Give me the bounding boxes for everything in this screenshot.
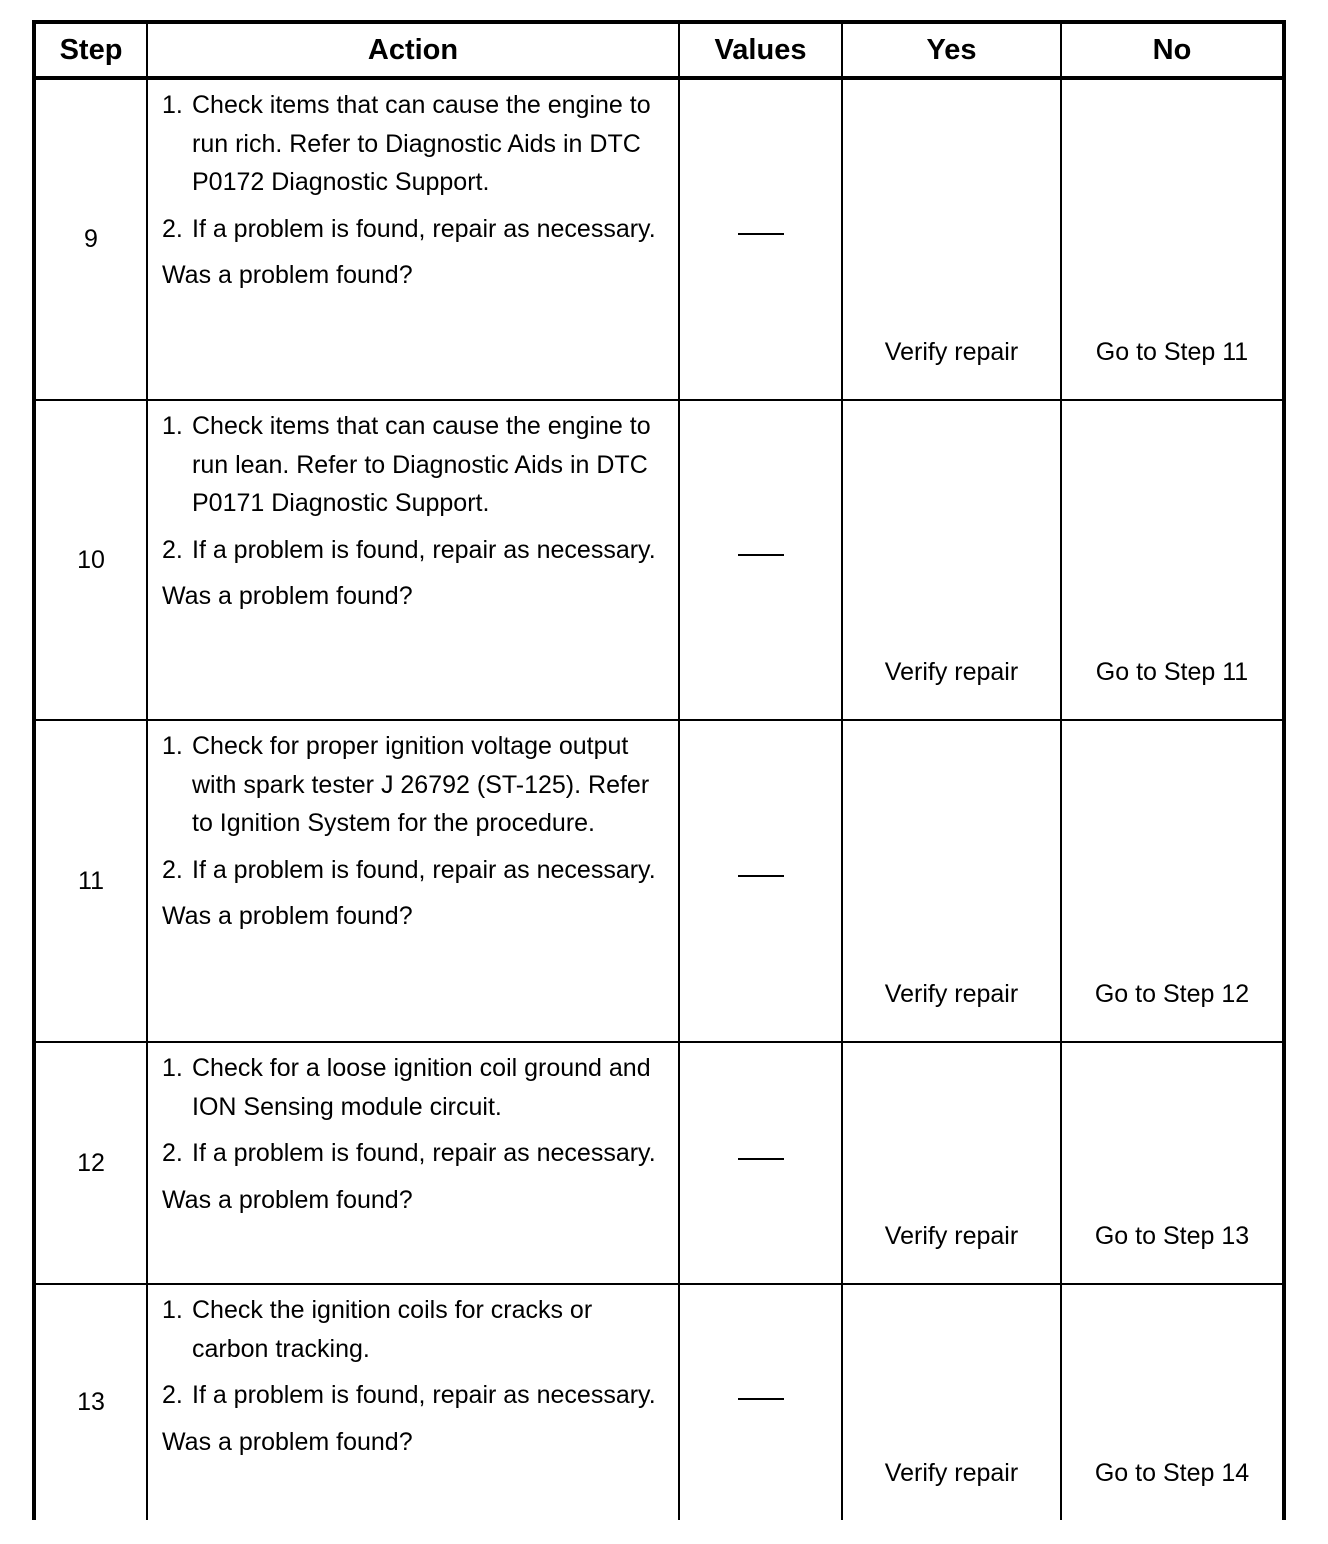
table-row: 13 1.Check the ignition coils for cracks… <box>34 1284 1284 1520</box>
values-cell <box>679 400 842 720</box>
values-cell <box>679 720 842 1042</box>
no-value-dash <box>738 554 784 556</box>
no-value-dash <box>738 233 784 235</box>
yes-cell: Verify repair <box>842 1284 1061 1520</box>
yes-cell: Verify repair <box>842 78 1061 400</box>
action-cell: 1.Check for a loose ignition coil ground… <box>147 1042 679 1284</box>
table-row: 12 1.Check for a loose ignition coil gro… <box>34 1042 1284 1284</box>
action-cell: 1.Check items that can cause the engine … <box>147 78 679 400</box>
action-question: Was a problem found? <box>162 1423 668 1462</box>
no-value-dash <box>738 1158 784 1160</box>
yes-cell: Verify repair <box>842 720 1061 1042</box>
action-item: 2.If a problem is found, repair as neces… <box>162 1134 668 1173</box>
yes-cell: Verify repair <box>842 1042 1061 1284</box>
action-cell: 1.Check the ignition coils for cracks or… <box>147 1284 679 1520</box>
no-value-dash <box>738 875 784 877</box>
values-cell <box>679 78 842 400</box>
diagnostic-table: Step Action Values Yes No 9 1.Check item… <box>32 20 1286 1520</box>
step-number: 13 <box>34 1284 147 1520</box>
no-value-dash <box>738 1398 784 1400</box>
action-cell: 1.Check items that can cause the engine … <box>147 400 679 720</box>
table-row: 10 1.Check items that can cause the engi… <box>34 400 1284 720</box>
action-item: 1.Check items that can cause the engine … <box>162 86 668 202</box>
step-number: 9 <box>34 78 147 400</box>
action-item: 2.If a problem is found, repair as neces… <box>162 531 668 570</box>
action-item: 1.Check for a loose ignition coil ground… <box>162 1049 668 1126</box>
action-item: 2.If a problem is found, repair as neces… <box>162 1376 668 1415</box>
header-yes: Yes <box>842 22 1061 78</box>
action-question: Was a problem found? <box>162 256 668 295</box>
step-number: 11 <box>34 720 147 1042</box>
step-number: 10 <box>34 400 147 720</box>
header-action: Action <box>147 22 679 78</box>
step-number: 12 <box>34 1042 147 1284</box>
action-question: Was a problem found? <box>162 1181 668 1220</box>
table-row: 11 1.Check for proper ignition voltage o… <box>34 720 1284 1042</box>
action-question: Was a problem found? <box>162 897 668 936</box>
values-cell <box>679 1042 842 1284</box>
header-values: Values <box>679 22 842 78</box>
no-cell: Go to Step 12 <box>1061 720 1284 1042</box>
table-row: 9 1.Check items that can cause the engin… <box>34 78 1284 400</box>
action-item: 1.Check items that can cause the engine … <box>162 407 668 523</box>
no-cell: Go to Step 14 <box>1061 1284 1284 1520</box>
action-question: Was a problem found? <box>162 577 668 616</box>
no-cell: Go to Step 11 <box>1061 400 1284 720</box>
header-row: Step Action Values Yes No <box>34 22 1284 78</box>
action-item: 1.Check the ignition coils for cracks or… <box>162 1291 668 1368</box>
values-cell <box>679 1284 842 1520</box>
action-item: 1.Check for proper ignition voltage outp… <box>162 727 668 843</box>
no-cell: Go to Step 11 <box>1061 78 1284 400</box>
no-cell: Go to Step 13 <box>1061 1042 1284 1284</box>
header-no: No <box>1061 22 1284 78</box>
action-cell: 1.Check for proper ignition voltage outp… <box>147 720 679 1042</box>
header-step: Step <box>34 22 147 78</box>
yes-cell: Verify repair <box>842 400 1061 720</box>
action-item: 2.If a problem is found, repair as neces… <box>162 210 668 249</box>
action-item: 2.If a problem is found, repair as neces… <box>162 851 668 890</box>
